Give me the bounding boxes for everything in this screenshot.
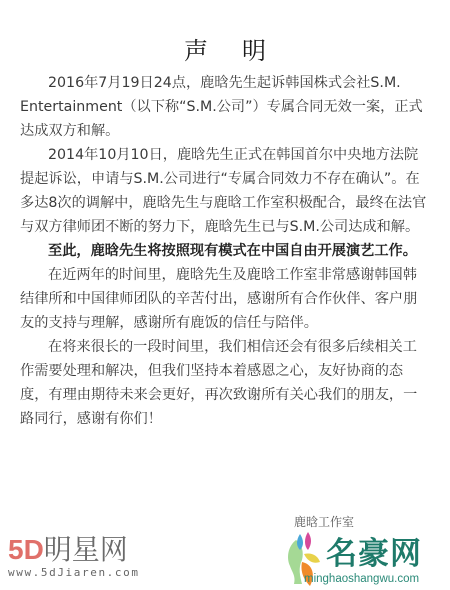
paragraph-lawsuit: 2014年10月10日，鹿晗先生正式在韩国首尔中央地方法院提起诉讼，申请与S.M…	[20, 143, 430, 239]
watermark-5d-logo: 5D明星网 www.5dJiaren.com	[8, 535, 168, 585]
paragraph-settlement: 2016年7月19日24点，鹿晗先生起诉韩国株式会社S.M. Entertain…	[20, 71, 430, 143]
logo-minghao-name: 名豪网	[326, 528, 422, 573]
logo-minghao-url: minghaoshangwu.com	[304, 573, 419, 585]
paragraph-conclusion: 至此，鹿晗先生将按照现有模式在中国自由开展演艺工作。	[20, 239, 430, 263]
logo-5d-grey: 明星网	[44, 533, 128, 566]
paragraph-thanks: 在近两年的时间里，鹿晗先生及鹿晗工作室非常感谢韩国韩结律所和中国律师团队的辛苦付…	[20, 263, 430, 335]
logo-5d-url: www.5dJiaren.com	[8, 566, 168, 579]
watermark-minghao-logo: 名豪网 minghaoshangwu.com	[278, 520, 450, 590]
logo-5d-red: 5D	[8, 534, 44, 565]
document-title: 声明	[0, 31, 450, 66]
statement-body: 2016年7月19日24点，鹿晗先生起诉韩国株式会社S.M. Entertain…	[20, 71, 430, 431]
title-char-2: 明	[242, 31, 266, 66]
title-char-1: 声	[184, 31, 208, 66]
paragraph-future: 在将来很长的一段时间里，我们相信还会有很多后续相关工作需要处理和解决，但我们坚持…	[20, 335, 430, 431]
